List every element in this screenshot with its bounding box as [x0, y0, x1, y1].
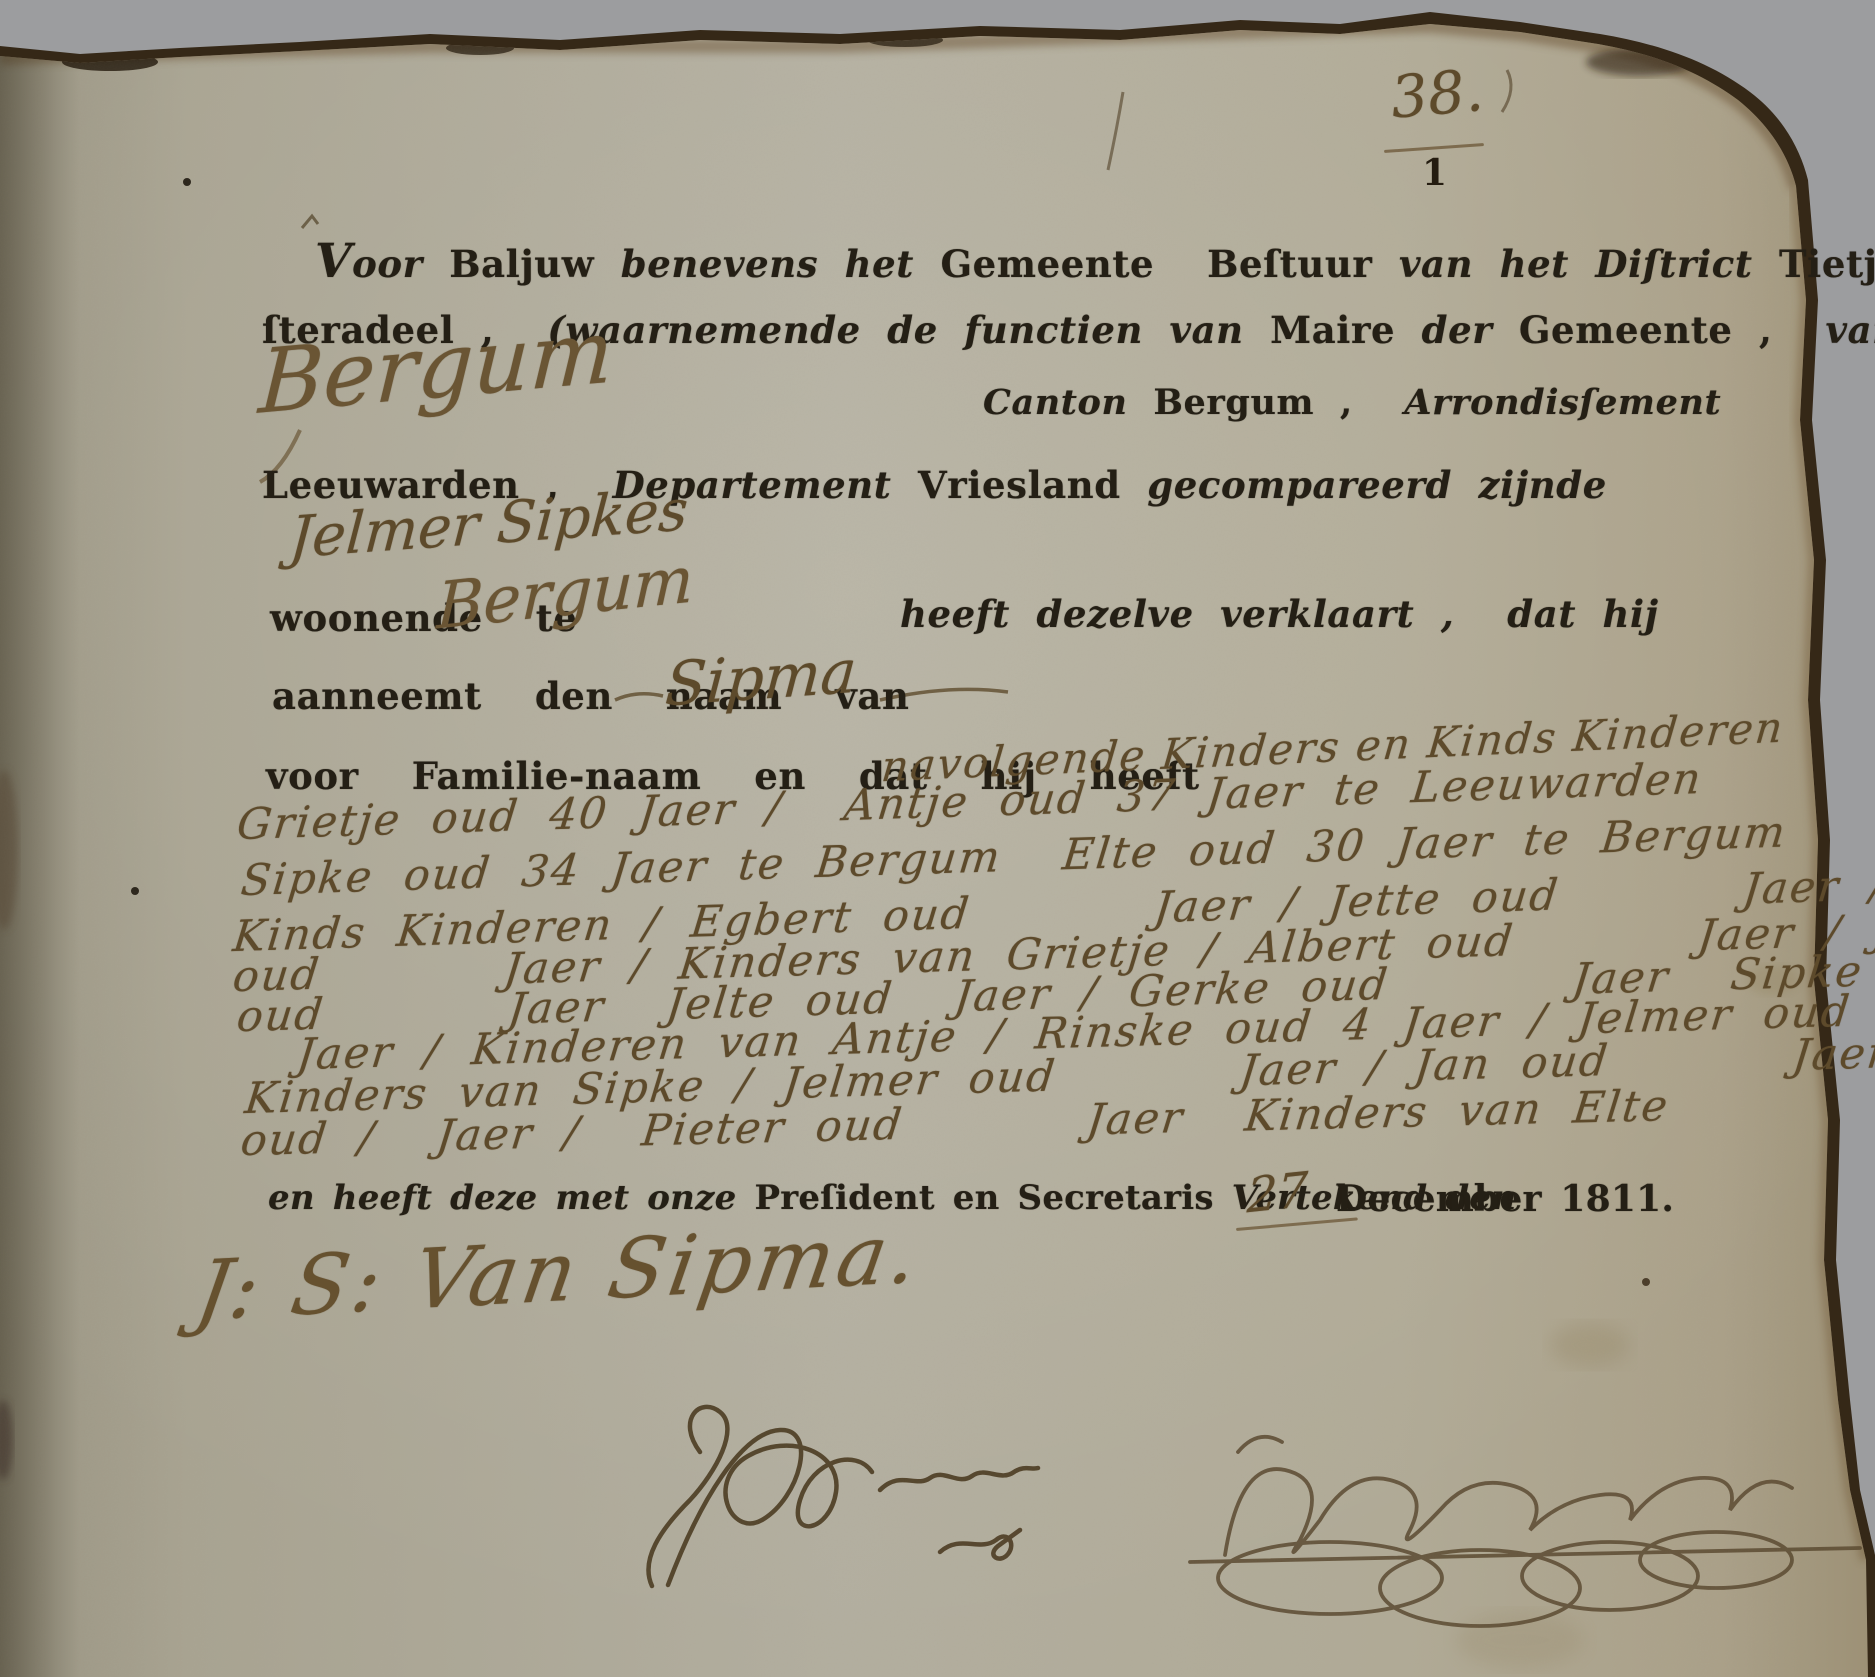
- printed-line-1: Voor Baljuw benevens het Gemeente Beſtuu…: [315, 238, 1875, 286]
- printed-line-4b: heeft dezelve verklaart , dat hij: [900, 592, 1659, 636]
- page-number-mark: 1: [1422, 152, 1447, 194]
- scanned-naamsaanneming-document: 38. 1 Voor Baljuw benevens het Gemeente …: [0, 0, 1875, 1677]
- page-number: 38.: [1388, 56, 1486, 132]
- printed-closing-date: December 1811.: [1336, 1178, 1674, 1220]
- printed-canton-line: Canton Bergum , Arrondisſement: [983, 382, 1721, 423]
- handwritten-family-name: Sipma: [663, 637, 859, 721]
- handwritten-date-day: 27: [1246, 1162, 1309, 1225]
